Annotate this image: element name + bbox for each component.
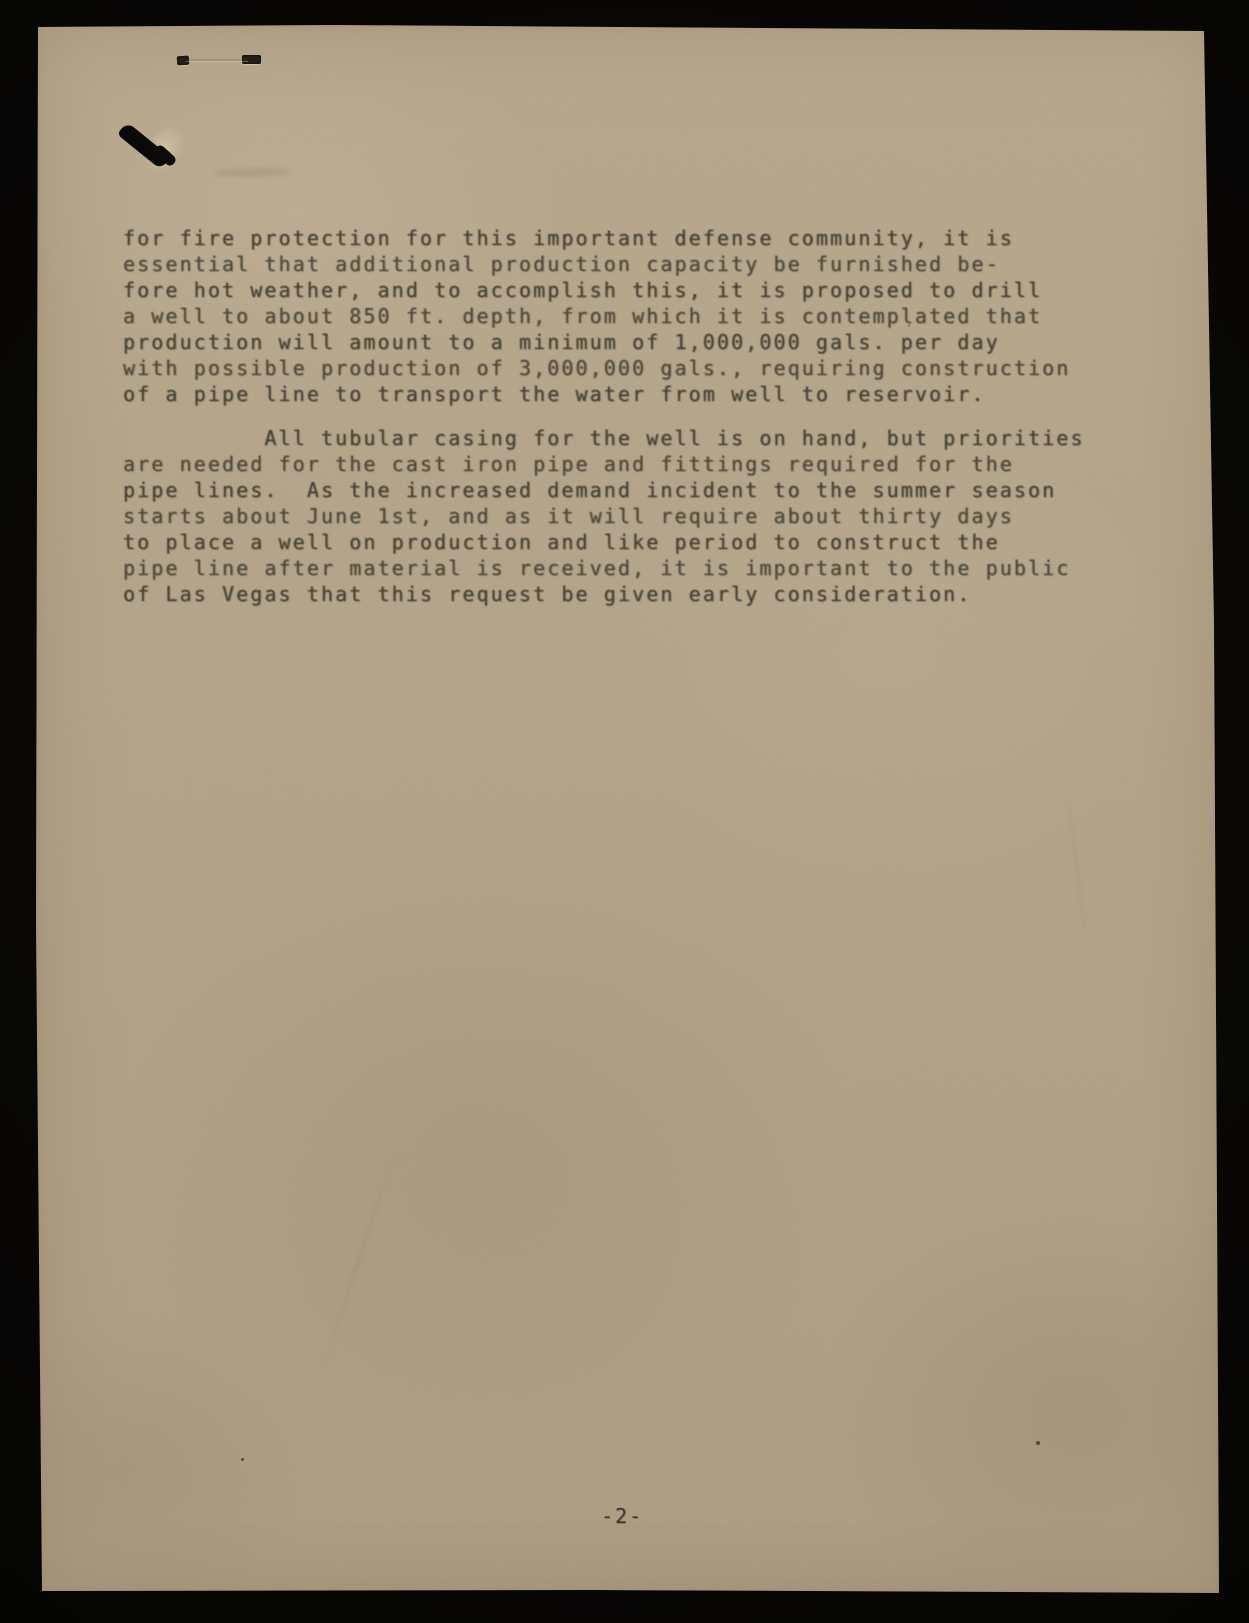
text-line: of Las Vegas that this request be given … bbox=[123, 581, 1123, 607]
paper-speck bbox=[1036, 1441, 1040, 1445]
page-number: -2- bbox=[36, 1504, 1208, 1528]
text-line: to place a well on production and like p… bbox=[123, 529, 1123, 555]
text-line: for fire protection for this important d… bbox=[123, 225, 1123, 251]
text-line: pipe line after material is received, it… bbox=[123, 555, 1123, 581]
text-line: a well to about 850 ft. depth, from whic… bbox=[123, 303, 1123, 329]
paper-speck bbox=[241, 1458, 244, 1461]
text-line: of a pipe line to transport the water fr… bbox=[123, 381, 1123, 407]
paper-crease bbox=[1063, 765, 1091, 974]
text-line: production will amount to a minimum of 1… bbox=[123, 329, 1123, 355]
paragraph: for fire protection for this important d… bbox=[123, 225, 1123, 407]
document-page: for fire protection for this important d… bbox=[36, 24, 1220, 1595]
text-line: pipe lines. As the increased demand inci… bbox=[123, 477, 1123, 503]
text-line: starts about June 1st, and as it will re… bbox=[123, 503, 1123, 529]
paper-crease bbox=[319, 1149, 396, 1378]
text-line: with possible production of 3,000,000 ga… bbox=[123, 355, 1123, 381]
text-line: All tubular casing for the well is on ha… bbox=[123, 425, 1123, 451]
typewritten-text-block: for fire protection for this important d… bbox=[123, 225, 1123, 607]
paragraph: All tubular casing for the well is on ha… bbox=[123, 425, 1123, 607]
staple-impression-line bbox=[186, 59, 248, 61]
erased-smudge bbox=[214, 167, 292, 177]
text-line: fore hot weather, and to accomplish this… bbox=[123, 277, 1123, 303]
scanned-document: for fire protection for this important d… bbox=[0, 0, 1249, 1623]
text-line: essential that additional production cap… bbox=[123, 251, 1123, 277]
tear-hole bbox=[120, 110, 184, 174]
text-line: are needed for the cast iron pipe and fi… bbox=[123, 451, 1123, 477]
